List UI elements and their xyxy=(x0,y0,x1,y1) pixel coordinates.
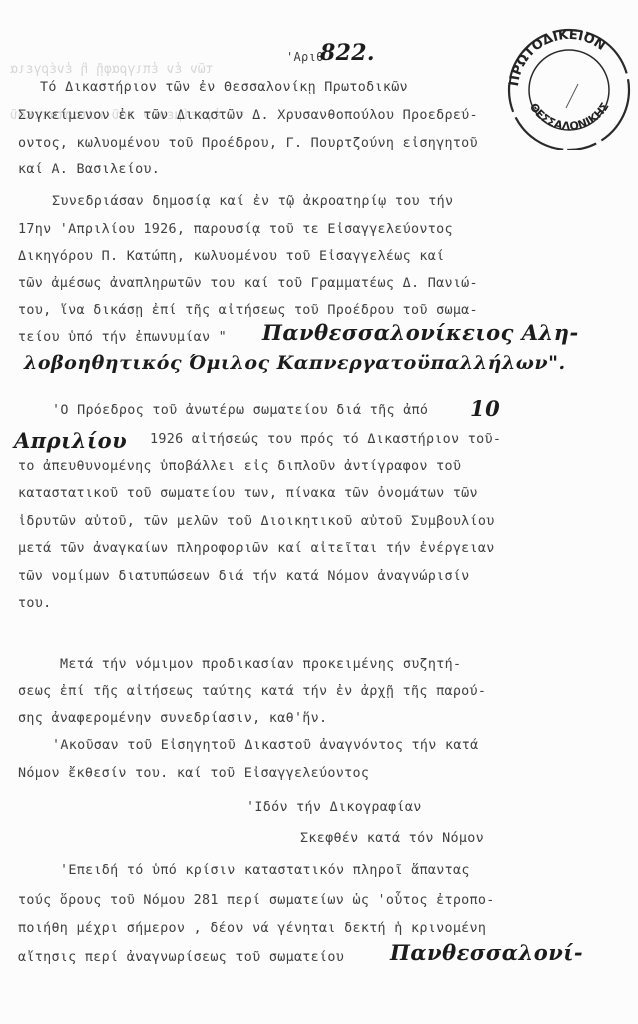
text-line: 'Επειδή τό ὑπό κρίσιν καταστατικόν πληρο… xyxy=(60,863,470,878)
text-line: 'Ο Πρόεδρος τοῦ ἀνωτέρω σωματείου διά τῆ… xyxy=(52,403,428,418)
text-line: οντος, κωλυομένου τοῦ Προέδρου, Γ. Πουρτ… xyxy=(18,136,478,151)
handwritten-association-name: λοβοηθητικός Όμιλος Καπνεργατοϋπαλλήλων"… xyxy=(24,352,566,374)
header-label: 'Αριθ xyxy=(286,50,324,64)
text-line: το ἀπευθυνομένης ὑποβάλλει εἰς διπλοῦν ἀ… xyxy=(18,459,461,474)
bleed-through-text: τῶν ἐν ἐπιγραφῇ ἢ ἐνέργεια xyxy=(10,62,214,77)
text-line: αἴτησις περί ἀναγνωρίσεως τοῦ σωματείου xyxy=(18,950,344,965)
handwritten-association-name: Πανθεσσαλονίκειος Αλη- xyxy=(262,320,579,345)
text-line: 'Ακοῦσαν τοῦ Εἰσηγητοῦ Δικαστοῦ ἀναγνόντ… xyxy=(52,738,478,753)
text-line: ἱδρυτῶν αὐτοῦ, τῶν μελῶν τοῦ Διοικητικοῦ… xyxy=(18,514,495,529)
text-line: σης ἀναφερομένην συνεδρίασιν, καθ'ἥν. xyxy=(18,711,327,726)
text-line: Μετά τήν νόμιμον προδικασίαν προκειμένης… xyxy=(60,657,461,672)
text-line: σεως ἐπί τῆς αἰτήσεως ταύτης κατά τήν ἐν… xyxy=(18,684,486,699)
text-line: Νόμον ἔκθεσίν του. καί τοῦ Εἰσαγγελεύοντ… xyxy=(18,766,369,781)
text-line: 17ην 'Απριλίου 1926, παρουσίᾳ τοῦ τε Εἰσ… xyxy=(18,222,453,237)
stamp-bottom-text: ΘΕΣΣΑΛΟΝΙΚΗΣ xyxy=(527,100,612,133)
text-line: τῶν νομίμων διατυπώσεων διά τήν κατά Νόμ… xyxy=(18,569,470,584)
text-line: 1926 αἰτήσεώς του πρός τό Δικαστήριον το… xyxy=(150,432,501,447)
text-line: Τό Δικαστήριον τῶν ἐν Θεσσαλονίκῃ Πρωτοδ… xyxy=(40,80,408,95)
text-line: Συνεδριάσαν δημοσίᾳ καί ἐν τῷ ἀκροατηρίῳ… xyxy=(52,194,453,209)
header-number: 822. xyxy=(320,40,375,66)
text-line: μετά τῶν ἀναγκαίων πληροφοριῶν καί αἰτεῖ… xyxy=(18,541,495,556)
text-line: Σκεφθέν κατά τόν Νόμον xyxy=(300,831,484,846)
text-line: Δικηγόρου Π. Κατώπη, κωλυομένου τοῦ Εἰσα… xyxy=(18,249,444,264)
document-page: τῶν ἐν ἐπιγραφῇ ἢ ἐνέργεια τ' ἐγκείμενον… xyxy=(0,0,638,1024)
text-line: καί Α. Βασιλείου. xyxy=(18,162,160,177)
text-line: ποιήθη μέχρι σήμερον , δέον νά γένηται δ… xyxy=(18,921,486,936)
court-stamp: ΠΡΩΤΟΔΙΚΕΙΟΝ ΘΕΣΣΑΛΟΝΙΚΗΣ xyxy=(504,20,634,150)
svg-text:ΘΕΣΣΑΛΟΝΙΚΗΣ: ΘΕΣΣΑΛΟΝΙΚΗΣ xyxy=(527,100,612,133)
text-line: τείου ὑπό τήν ἐπωνυμίαν " xyxy=(18,330,227,345)
text-line: Συγκείμενον ἐκ τῶν Δικαστῶν Δ. Χρυσανθοπ… xyxy=(18,108,478,123)
handwritten-month: Απριλίου xyxy=(14,428,127,453)
text-line: του. xyxy=(18,596,51,611)
handwritten-day: 10 xyxy=(470,396,500,421)
text-line: τούς ὅρους τοῦ Νόμου 281 περί σωματείων … xyxy=(18,893,495,908)
text-line: τῶν ἀμέσως ἀναπληρωτῶν του καί τοῦ Γραμμ… xyxy=(18,276,478,291)
stamp-seal-icon: ΠΡΩΤΟΔΙΚΕΙΟΝ ΘΕΣΣΑΛΟΝΙΚΗΣ xyxy=(504,20,634,150)
handwritten-tail: Πανθεσσαλονί- xyxy=(390,940,583,965)
text-line: καταστατικοῦ τοῦ σωματείου των, πίνακα τ… xyxy=(18,486,478,501)
text-line: 'Ιδόν τήν Δικογραφίαν xyxy=(246,800,422,815)
text-line: του, ἵνα δικάσῃ ἐπί τῆς αἰτήσεως τοῦ Προ… xyxy=(18,303,478,318)
